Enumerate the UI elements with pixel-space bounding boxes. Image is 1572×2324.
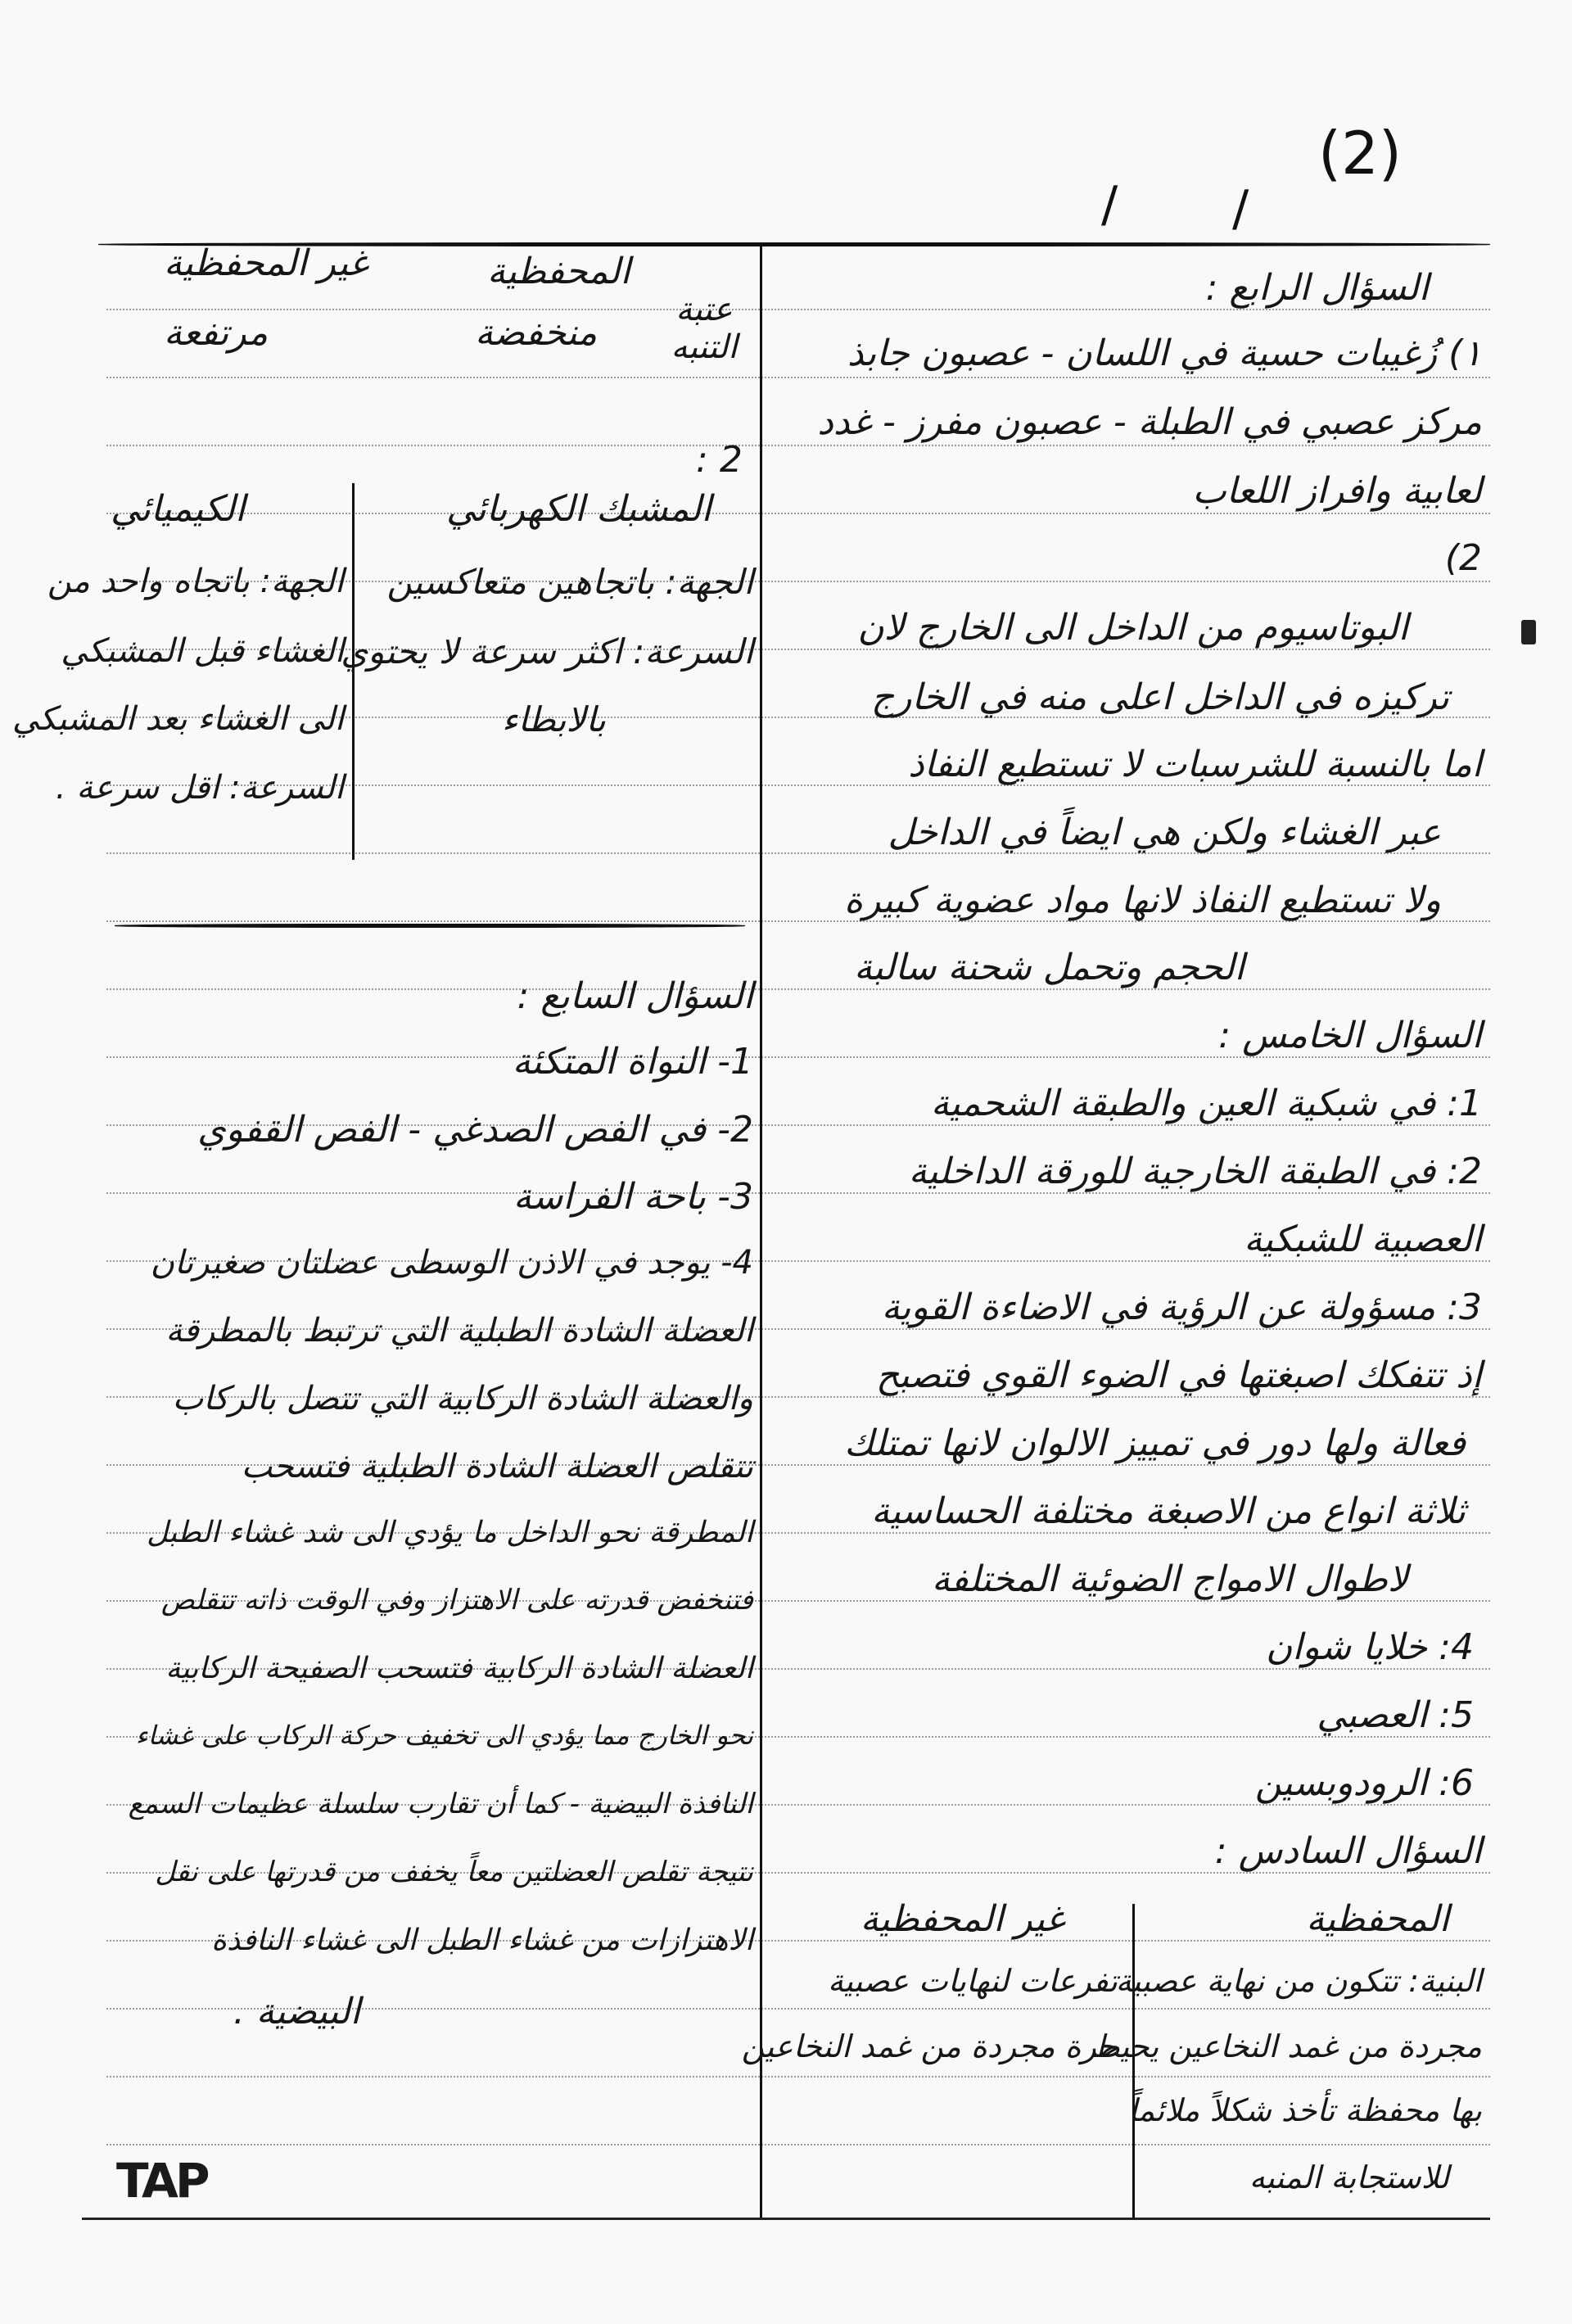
q6-non-encapsulated-line: تفرعات لنهايات عصبية <box>828 1965 1118 1996</box>
q4-item2-line: الحجم وتحمل شحنة سالبة <box>854 950 1244 986</box>
q5-line: 4: خلايا شوان <box>1266 1630 1474 1666</box>
q5-line: فعالة ولها دور في تمييز الالوان لانها تم… <box>844 1426 1466 1462</box>
q6-non-encapsulated-line: حرة مجردة من غمد النخاعين <box>742 2031 1118 2062</box>
q7-title: السؤال السابع : <box>517 979 753 1015</box>
logo-text: TAP <box>116 2157 206 2204</box>
table1-row-label: عتبة التنبه <box>655 291 753 366</box>
q4-part2-label: 2 : <box>696 442 743 478</box>
q6-encapsulated-line: البنية: تتكون من نهاية عصبية <box>1116 1965 1482 1996</box>
q5-line: لاطوال الامواج الضوئية المختلفة <box>932 1562 1408 1598</box>
q7-line: البيضية . <box>233 1994 360 2030</box>
q4-item2-line: اما بالنسبة للشرسبات لا تستطيع النفاذ <box>908 747 1482 783</box>
q7-line: نحو الخارج مما يؤدي الى تخفيف حركة الركا… <box>136 1722 753 1748</box>
q5-line: 3: مسؤولة عن الرؤية في الاضاءة القوية <box>882 1290 1482 1326</box>
q4-item2-line: عبر الغشاء ولكن هي ايضاً في الداخل <box>888 815 1441 851</box>
q5-line: العصبية للشبكية <box>1244 1222 1482 1258</box>
electrical-line: الجهة: باتجاهين متعاكسين <box>386 565 753 599</box>
page-number: (2) <box>1318 119 1402 188</box>
table2-header-chemical: الكيميائي <box>111 491 245 527</box>
chemical-line: الجهة: باتجاه واحد من <box>47 565 344 598</box>
q4-item1-line: مركز عصبي في الطبلة - عصبون مفرز - غدد <box>817 405 1482 441</box>
tick-mark: / <box>1232 180 1249 237</box>
q6-header-encapsulated: المحفظية <box>1306 1901 1449 1937</box>
table2-divider <box>352 483 355 860</box>
column-divider <box>760 246 762 2219</box>
q7-line: فتنخفض قدرته على الاهتزاز وفي الوقت ذاته… <box>161 1586 753 1614</box>
q7-line: تتقلص العضلة الشادة الطبلية فتسحب <box>242 1450 753 1483</box>
q6-encapsulated-line: بها محفظة تأخذ شكلاً ملائماً <box>1128 2095 1482 2126</box>
q7-line: 2- في الفص الصدغي - الفص القفوي <box>197 1112 753 1148</box>
q4-item2-line: تركيزه في الداخل اعلى منه في الخارج <box>871 680 1449 716</box>
q5-line: 5: العصبي <box>1317 1698 1474 1734</box>
q7-line: 1- النواة المتكئة <box>513 1044 753 1080</box>
tick-mark: / <box>1101 176 1118 233</box>
q6-title: السؤال السادس : <box>1215 1833 1482 1870</box>
q6-encapsulated-line: للاستجابة المنبه <box>1249 2162 1449 2193</box>
q5-line: 2: في الطبقة الخارجية للورقة الداخلية <box>909 1154 1482 1190</box>
q7-line: العضلة الشادة الطبلية التي ترتبط بالمطرق… <box>165 1314 753 1347</box>
tap-logo: TAP <box>115 2147 205 2204</box>
electrical-line: السرعة: اكثر سرعة لا يحتوي <box>341 635 753 669</box>
q4-item2-line: البوتاسيوم من الداخل الى الخارج لان <box>857 610 1408 646</box>
chemical-line: الى الغشاء بعد المشبكي <box>12 703 344 735</box>
q7-line: والعضلة الشادة الركابية التي تتصل بالركا… <box>173 1382 753 1415</box>
q7-line: 3- باحة الفراسة <box>513 1179 753 1215</box>
q7-line: النافذة البيضية - كما أن تقارب سلسلة عظي… <box>129 1790 753 1818</box>
q5-line: ثلاثة انواع من الاصبغة مختلفة الحساسية <box>871 1494 1466 1530</box>
notebook-page: (2) / / السؤال الرابع : ١) زُغيبات حسية … <box>0 0 1572 2324</box>
q7-line: العضلة الشادة الركابية فتسحب الصفيحة الر… <box>165 1654 753 1684</box>
table1-header-non-encapsulated: غير المحفظية <box>164 246 368 282</box>
q7-line: المطرقة نحو الداخل ما يؤدي الى شد غشاء ا… <box>147 1518 753 1548</box>
q6-encapsulated-line: مجردة من غمد النخاعين يحيط <box>1091 2031 1483 2062</box>
chemical-line: الغشاء قبل المشبكي <box>61 635 344 667</box>
q7-line: 4- يوجد في الاذن الوسطى عضلتان صغيرتان <box>151 1246 753 1279</box>
table1-value-non-encapsulated: مرتفعة <box>164 315 268 351</box>
q4-title: السؤال الرابع : <box>1206 270 1429 306</box>
chemical-line: السرعة: اقل سرعة . <box>56 771 344 804</box>
margin-mark <box>1521 620 1536 644</box>
q4-item2-line: ولا تستطيع النفاذ لانها مواد عضوية كبيرة <box>844 883 1441 919</box>
table2-header-electrical: المشبك الكهربائي <box>446 491 711 527</box>
q6-header-non-encapsulated: غير المحفظية <box>861 1901 1064 1937</box>
bottom-margin-line <box>82 2218 1490 2220</box>
q4-item1-line: لعابية وافراز اللعاب <box>1192 473 1482 509</box>
q5-title: السؤال الخامس : <box>1218 1018 1482 1054</box>
q5-line: 1: في شبكية العين والطبقة الشحمية <box>931 1086 1482 1122</box>
section-separator <box>115 924 745 928</box>
q4-item2-label: 2) <box>1445 540 1482 576</box>
q4-item1-line: ١) زُغيبات حسية في اللسان - عصبون جابذ <box>847 336 1482 372</box>
q5-line: 6: الرودوبسين <box>1255 1766 1474 1802</box>
q5-line: إذ تتفكك اصبغتها في الضوء القوي فتصبح <box>876 1358 1482 1394</box>
table1-value-encapsulated: منخفضة <box>475 315 597 351</box>
table1-header-encapsulated: المحفظية <box>487 254 630 290</box>
q7-line: الاهتزازات من غشاء الطبل الى غشاء النافذ… <box>211 1926 753 1956</box>
q7-line: نتيجة تقلص العضلتين معاً يخفف من قدرتها … <box>155 1858 753 1886</box>
electrical-line: بالابطاء <box>502 703 606 737</box>
